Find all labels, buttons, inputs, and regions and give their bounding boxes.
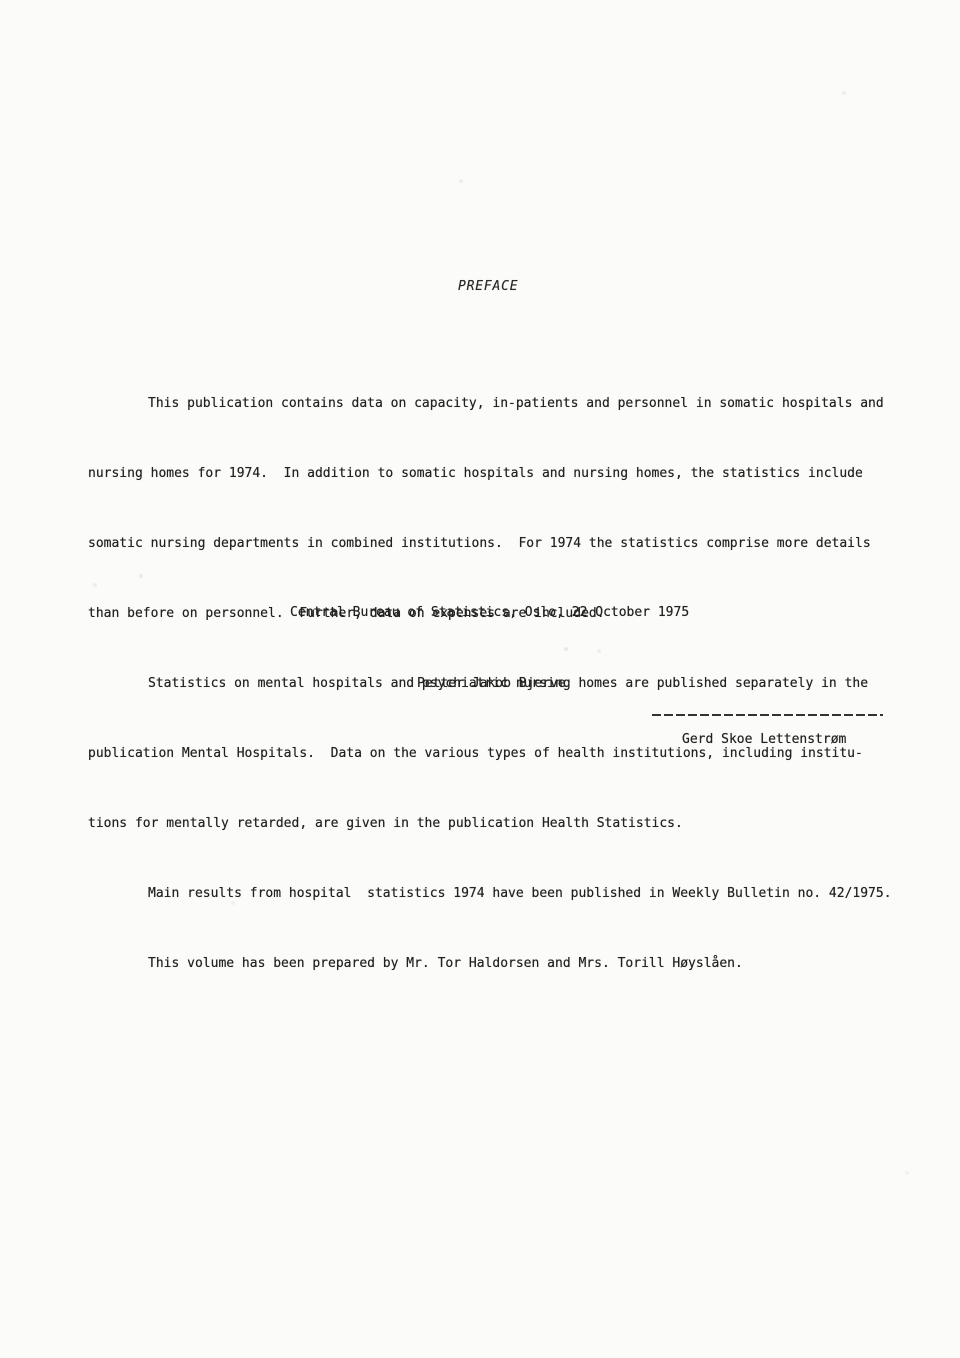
page-title: PREFACE bbox=[458, 279, 518, 294]
signatory-secondary: Gerd Skoe Lettenstrøm bbox=[682, 732, 846, 747]
scanned-preface-page: PREFACE This publication contains data o… bbox=[0, 0, 960, 1358]
body-line-2: nursing homes for 1974. In addition to s… bbox=[88, 462, 903, 485]
body-line-3: somatic nursing departments in combined … bbox=[88, 532, 903, 555]
signatory-primary: Petter Jakob Bjerve bbox=[417, 676, 566, 691]
signature-rule bbox=[652, 714, 883, 716]
body-line-9: This volume has been prepared by Mr. Tor… bbox=[88, 952, 903, 975]
scan-noise-specks bbox=[0, 0, 2, 2]
body-line-7: tions for mentally retarded, are given i… bbox=[88, 812, 903, 835]
body-line-1: This publication contains data on capaci… bbox=[88, 392, 903, 415]
dateline: Central Bureau of Statistics, Oslo, 22 O… bbox=[290, 605, 689, 620]
body-line-8: Main results from hospital statistics 19… bbox=[88, 882, 903, 905]
